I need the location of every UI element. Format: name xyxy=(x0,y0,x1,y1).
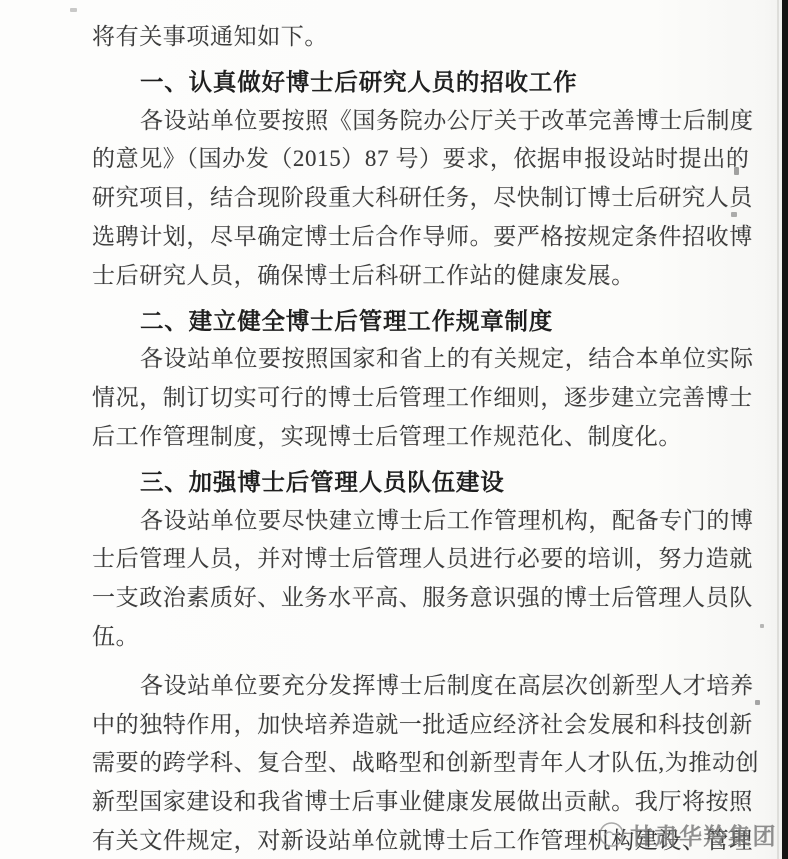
scan-edge-shadow xyxy=(777,0,779,859)
section-heading: 一、认真做好博士后研究人员的招收工作 xyxy=(140,63,577,97)
text-line: 选聘计划，尽早确定博士后合作导师。要严格按规定条件招收博 xyxy=(92,218,753,251)
text-line: 各设站单位要按照国家和省上的有关规定，结合本单位实际 xyxy=(140,340,754,373)
text-line: 中的独特作用，加快培养造就一批适应经济社会发展和科技创新 xyxy=(92,706,753,739)
hualing-circle-logo-icon xyxy=(598,821,625,848)
text-line: 一支政治素质好、业务水平高、服务意识强的博士后管理人员队 xyxy=(92,579,753,612)
scan-speck xyxy=(734,167,739,175)
scan-speck xyxy=(70,8,77,12)
text-line: 需要的跨学科、复合型、战略型和创新型青年人才队伍,为推动创 xyxy=(92,744,759,777)
scan-speck xyxy=(755,700,760,705)
text-line: 各设站单位要按照《国务院办公厅关于改革完善博士后制度 xyxy=(140,102,754,135)
text-line: 各设站单位要尽快建立博士后工作管理机构，配备专门的博 xyxy=(140,502,754,535)
text-line: 的意见》（国办发（2015）87 号）要求，依据申报设站时提出的 xyxy=(92,140,749,173)
text-line: 研究项目，结合现阶段重大科研任务，尽快制订博士后研究人员 xyxy=(92,179,753,212)
scan-speck xyxy=(760,624,764,628)
text-line: 新型国家建设和我省博士后事业健康发展做出贡献。我厅将按照 xyxy=(92,783,753,816)
document-text: 将有关事项通知如下。一、认真做好博士后研究人员的招收工作各设站单位要按照《国务院… xyxy=(0,0,788,859)
section-heading: 二、建立健全博士后管理工作规章制度 xyxy=(140,302,553,336)
scan-edge-line xyxy=(782,0,788,859)
watermark: 甘肃华羚集团 xyxy=(598,818,777,851)
watermark-text: 甘肃华羚集团 xyxy=(630,818,777,851)
text-line: 士后管理人员，并对博士后管理人员进行必要的培训，努力造就 xyxy=(92,540,753,573)
text-line: 后工作管理制度，实现博士后管理工作规范化、制度化。 xyxy=(92,418,682,451)
text-line: 各设站单位要充分发挥博士后制度在高层次创新型人才培养 xyxy=(140,667,754,700)
section-heading: 三、加强博士后管理人员队伍建设 xyxy=(140,463,505,497)
document-page: 将有关事项通知如下。一、认真做好博士后研究人员的招收工作各设站单位要按照《国务院… xyxy=(0,0,788,859)
text-line: 将有关事项通知如下。 xyxy=(92,18,328,51)
text-line: 士后研究人员，确保博士后科研工作站的健康发展。 xyxy=(92,257,635,290)
text-line: 情况，制订切实可行的博士后管理工作细则，逐步建立完善博士 xyxy=(92,379,753,412)
text-line: 伍。 xyxy=(92,618,139,651)
scan-speck xyxy=(731,212,737,217)
